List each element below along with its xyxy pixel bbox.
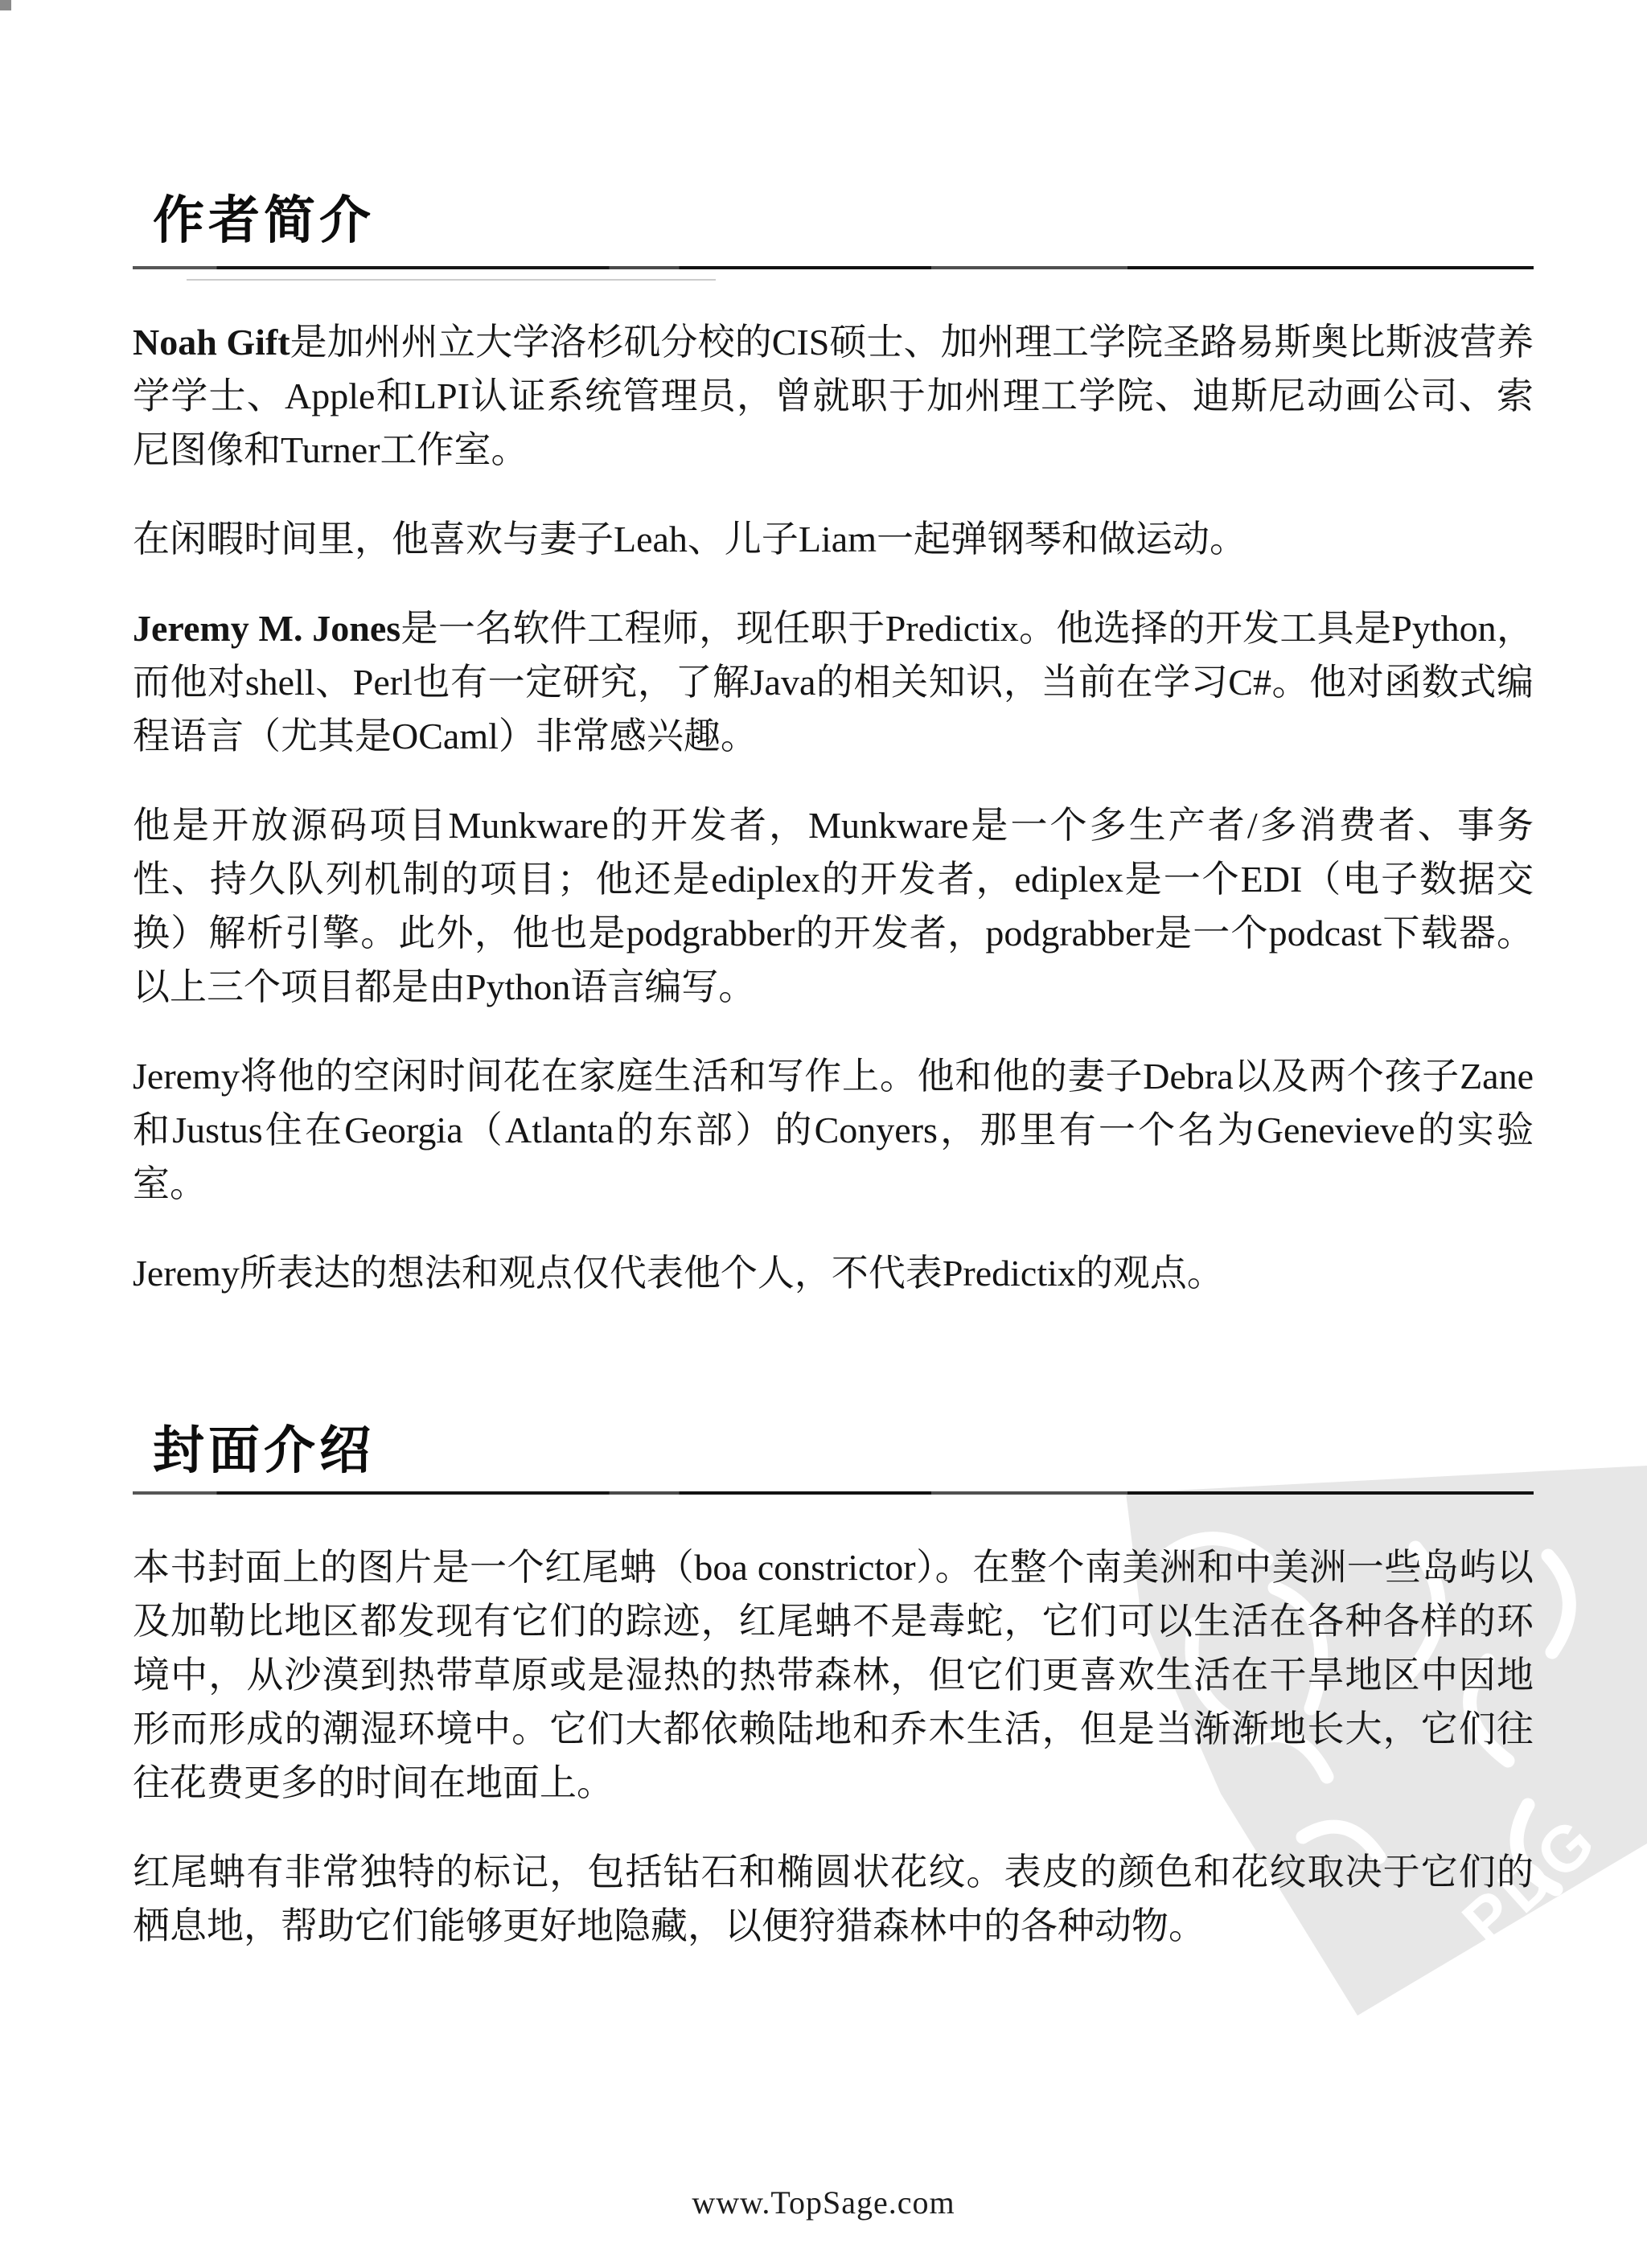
paragraph-text: 红尾蚺有非常独特的标记，包括钻石和椭圆状花纹。表皮的颜色和花纹取决于它们的栖息地… bbox=[133, 1852, 1534, 1946]
paragraph-text: Jeremy将他的空闲时间花在家庭生活和写作上。他和他的妻子Debra以及两个孩… bbox=[133, 1056, 1534, 1204]
paragraph: 他是开放源码项目Munkware的开发者，Munkware是一个多生产者/多消费… bbox=[133, 798, 1534, 1014]
paragraph-text: 本书封面上的图片是一个红尾蚺（boa constrictor）。在整个南美洲和中… bbox=[133, 1547, 1534, 1803]
page-content: 作者简介 Noah Gift是加州州立大学洛杉矶分校的CIS硕士、加州理工学院圣… bbox=[0, 0, 1647, 2268]
paragraph: Noah Gift是加州州立大学洛杉矶分校的CIS硕士、加州理工学院圣路易斯奥比… bbox=[133, 315, 1534, 477]
section-title-authors: 作者简介 bbox=[153, 195, 375, 246]
cover-paragraphs: 本书封面上的图片是一个红尾蚺（boa constrictor）。在整个南美洲和中… bbox=[133, 1540, 1534, 1988]
authors-section-rule bbox=[133, 266, 1534, 269]
author-name: Jeremy M. Jones bbox=[133, 608, 400, 649]
author-name: Noah Gift bbox=[133, 322, 290, 363]
paragraph: 在闲暇时间里，他喜欢与妻子Leah、儿子Liam一起弹钢琴和做运动。 bbox=[133, 512, 1534, 566]
footer-url: www.TopSage.com bbox=[692, 2184, 955, 2221]
paragraph: Jeremy M. Jones是一名软件工程师，现任职于Predictix。他选… bbox=[133, 601, 1534, 763]
scanned-page: PDG 作者简介 Noah Gift是加州州立大学洛杉矶分校的CIS硕士、加州理… bbox=[0, 0, 1647, 2268]
paragraph-text: 他是开放源码项目Munkware的开发者，Munkware是一个多生产者/多消费… bbox=[133, 805, 1534, 1007]
paragraph: 本书封面上的图片是一个红尾蚺（boa constrictor）。在整个南美洲和中… bbox=[133, 1540, 1534, 1810]
paragraph: Jeremy将他的空闲时间花在家庭生活和写作上。他和他的妻子Debra以及两个孩… bbox=[133, 1049, 1534, 1211]
paragraph-text: 是加州州立大学洛杉矶分校的CIS硕士、加州理工学院圣路易斯奥比斯波营养学学士、A… bbox=[133, 322, 1534, 470]
paragraph: 红尾蚺有非常独特的标记，包括钻石和椭圆状花纹。表皮的颜色和花纹取决于它们的栖息地… bbox=[133, 1845, 1534, 1953]
paragraph-text: 在闲暇时间里，他喜欢与妻子Leah、儿子Liam一起弹钢琴和做运动。 bbox=[133, 519, 1247, 560]
scan-line-echo bbox=[187, 279, 716, 281]
paragraph-text: Jeremy所表达的想法和观点仅代表他个人，不代表Predictix的观点。 bbox=[133, 1253, 1224, 1294]
section-title-cover: 封面介绍 bbox=[153, 1425, 375, 1476]
footer: www.TopSage.com bbox=[0, 2184, 1647, 2221]
cover-section-rule bbox=[133, 1491, 1534, 1495]
authors-paragraphs: Noah Gift是加州州立大学洛杉矶分校的CIS硕士、加州理工学院圣路易斯奥比… bbox=[133, 315, 1534, 1335]
paragraph: Jeremy所表达的想法和观点仅代表他个人，不代表Predictix的观点。 bbox=[133, 1246, 1534, 1300]
